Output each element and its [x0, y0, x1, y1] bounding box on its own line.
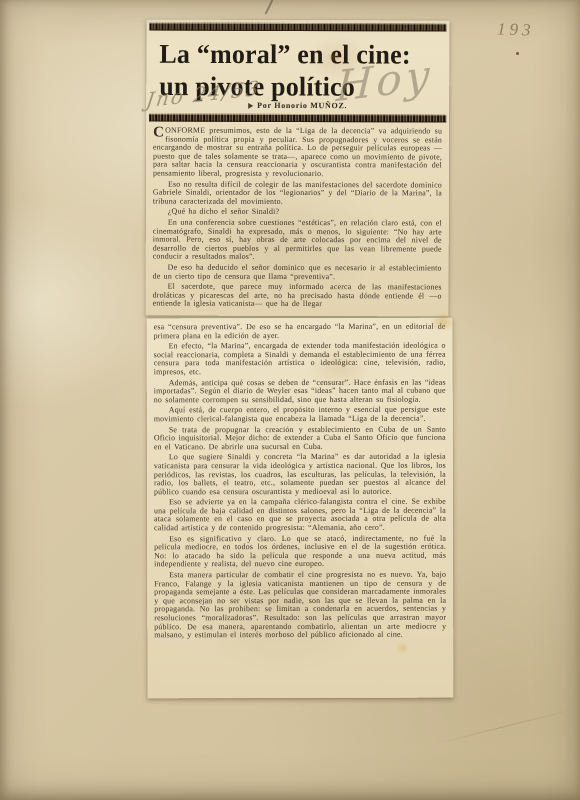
article-paragraph: De eso ha deducido el señor dominico que… [153, 263, 442, 281]
article-title-line2: un pivote político [159, 70, 443, 103]
article-body-top: CONFORME presumimos, esto de la “Liga de… [146, 122, 450, 316]
clipping-piece-bottom: esa “censura preventiva”. De eso se ha e… [147, 318, 454, 699]
pencil-stroke-mark [265, 0, 274, 15]
triangle-right-icon [248, 102, 253, 108]
article-body-bottom: esa “censura preventiva”. De eso se ha e… [147, 318, 454, 646]
article-paragraph: esa “censura preventiva”. De eso se ha e… [154, 323, 446, 341]
article-paragraph: El sacerdote, que parece muy informado a… [153, 283, 442, 310]
article-paragraph: Además, anticipa qué cosas se deben de “… [154, 378, 446, 404]
article-paragraph: Eso es significativo y claro. Lo que se … [154, 534, 446, 569]
article-paragraph: Esta manera particular de combatir el ci… [154, 571, 446, 640]
article-title: La “moral” en el cine: un pivote polític… [146, 31, 449, 104]
article-paragraph: CONFORME presumimos, esto de la “Liga de… [153, 127, 442, 179]
clipping-piece-top: La “moral” en el cine: un pivote polític… [146, 20, 450, 317]
paper-crease [432, 708, 578, 745]
article-paragraph: Aquí está, de cuerpo entero, el propósit… [154, 406, 446, 424]
article-title-line1: La “moral” en el cine: [159, 38, 443, 71]
page-number: 193 [497, 19, 535, 40]
article-paragraph: En una conferencia sobre cuestiones “est… [153, 218, 442, 262]
article-paragraph: Lo que sugiere Sinaldi y concreta “la Ma… [154, 453, 446, 497]
ink-dot [516, 52, 519, 55]
article-paragraph: Se trata de propugnar la creación y esta… [154, 425, 446, 451]
article-paragraph: Eso no resulta difícil de colegir de las… [153, 180, 442, 207]
article-paragraph: En efecto, “la Marina”, encargada de ext… [154, 342, 446, 377]
article-paragraph: Eso se advierte ya en la campaña clérico… [154, 498, 446, 533]
article-paragraph: ¿Qué ha dicho el señor Sinaldi? [153, 208, 442, 218]
scanned-page: { "colors": { "page_bg": "#d7c8a5", "cli… [0, 0, 580, 800]
